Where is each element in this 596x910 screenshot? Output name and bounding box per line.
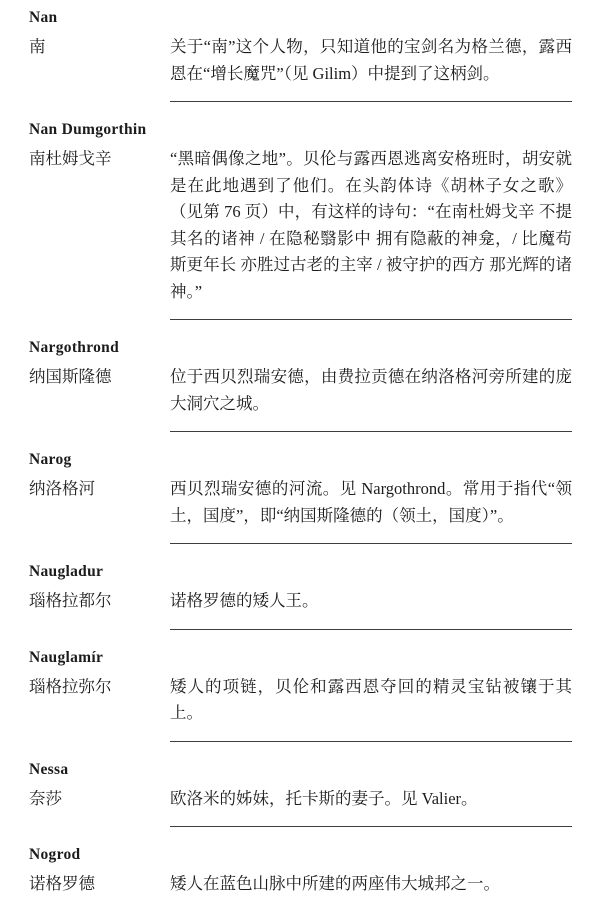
- entry-body: 瑙格拉都尔 诺格罗德的矮人王。: [29, 588, 572, 615]
- entry-term-english: Nogrod: [29, 845, 572, 864]
- entry-description: “黑暗偶像之地”。贝伦与露西恩逃离安格班时，胡安就是在此地遇到了他们。在头韵体诗…: [170, 146, 572, 305]
- entry-description: 矮人在蓝色山脉中所建的两座伟大城邦之一。: [170, 871, 572, 898]
- entry-term-chinese: 奈莎: [29, 786, 170, 813]
- entry-term-chinese: 南杜姆戈辛: [29, 146, 170, 305]
- entry-term-english: Narog: [29, 450, 572, 469]
- entry-body: 纳国斯隆德 位于西贝烈瑞安德，由费拉贡德在纳洛格河旁所建的庞大洞穴之城。: [29, 364, 572, 417]
- entry-term-chinese: 瑙格拉弥尔: [29, 674, 170, 727]
- entry-body: 瑙格拉弥尔 矮人的项链，贝伦和露西恩夺回的精灵宝钻被镶于其上。: [29, 674, 572, 727]
- entry-term-english: Nan Dumgorthin: [29, 120, 572, 139]
- glossary-entry: Nauglamír 瑙格拉弥尔 矮人的项链，贝伦和露西恩夺回的精灵宝钻被镶于其上…: [29, 648, 572, 742]
- entry-term-english: Nargothrond: [29, 338, 572, 357]
- entry-body: 南杜姆戈辛 “黑暗偶像之地”。贝伦与露西恩逃离安格班时，胡安就是在此地遇到了他们…: [29, 146, 572, 305]
- entry-term-english: Nan: [29, 8, 572, 27]
- glossary-page: Nan 南 关于“南”这个人物，只知道他的宝剑名为格兰德，露西恩在“增长魔咒”（…: [0, 0, 596, 910]
- entry-term-english: Naugladur: [29, 562, 572, 581]
- glossary-entry: Nan Dumgorthin 南杜姆戈辛 “黑暗偶像之地”。贝伦与露西恩逃离安格…: [29, 120, 572, 320]
- entry-divider: [170, 629, 572, 630]
- glossary-entry: Narog 纳洛格河 西贝烈瑞安德的河流。见 Nargothrond。常用于指代…: [29, 450, 572, 544]
- entry-term-chinese: 诺格罗德: [29, 871, 170, 898]
- entry-divider: [170, 826, 572, 827]
- glossary-entry: Nogrod 诺格罗德 矮人在蓝色山脉中所建的两座伟大城邦之一。: [29, 845, 572, 910]
- glossary-entry: Nan 南 关于“南”这个人物，只知道他的宝剑名为格兰德，露西恩在“增长魔咒”（…: [29, 8, 572, 102]
- entry-divider: [170, 319, 572, 320]
- entry-term-chinese: 纳洛格河: [29, 476, 170, 529]
- entry-divider: [170, 741, 572, 742]
- entry-description: 关于“南”这个人物，只知道他的宝剑名为格兰德，露西恩在“增长魔咒”（见 Gili…: [170, 34, 572, 87]
- entry-term-chinese: 瑙格拉都尔: [29, 588, 170, 615]
- entry-body: 纳洛格河 西贝烈瑞安德的河流。见 Nargothrond。常用于指代“领土，国度…: [29, 476, 572, 529]
- entry-divider: [170, 543, 572, 544]
- entry-description: 位于西贝烈瑞安德，由费拉贡德在纳洛格河旁所建的庞大洞穴之城。: [170, 364, 572, 417]
- entry-term-english: Nauglamír: [29, 648, 572, 667]
- entry-body: 南 关于“南”这个人物，只知道他的宝剑名为格兰德，露西恩在“增长魔咒”（见 Gi…: [29, 34, 572, 87]
- entry-divider: [170, 101, 572, 102]
- entry-divider: [170, 431, 572, 432]
- glossary-entry: Naugladur 瑙格拉都尔 诺格罗德的矮人王。: [29, 562, 572, 630]
- glossary-entry: Nessa 奈莎 欧洛米的姊妹，托卡斯的妻子。见 Valier。: [29, 760, 572, 828]
- entry-description: 矮人的项链，贝伦和露西恩夺回的精灵宝钻被镶于其上。: [170, 674, 572, 727]
- entry-body: 奈莎 欧洛米的姊妹，托卡斯的妻子。见 Valier。: [29, 786, 572, 813]
- entry-term-chinese: 南: [29, 34, 170, 87]
- entry-term-english: Nessa: [29, 760, 572, 779]
- entry-description: 诺格罗德的矮人王。: [170, 588, 572, 615]
- glossary-entry: Nargothrond 纳国斯隆德 位于西贝烈瑞安德，由费拉贡德在纳洛格河旁所建…: [29, 338, 572, 432]
- entry-description: 欧洛米的姊妹，托卡斯的妻子。见 Valier。: [170, 786, 572, 813]
- entry-term-chinese: 纳国斯隆德: [29, 364, 170, 417]
- entry-description: 西贝烈瑞安德的河流。见 Nargothrond。常用于指代“领土，国度”，即“纳…: [170, 476, 572, 529]
- entry-body: 诺格罗德 矮人在蓝色山脉中所建的两座伟大城邦之一。: [29, 871, 572, 898]
